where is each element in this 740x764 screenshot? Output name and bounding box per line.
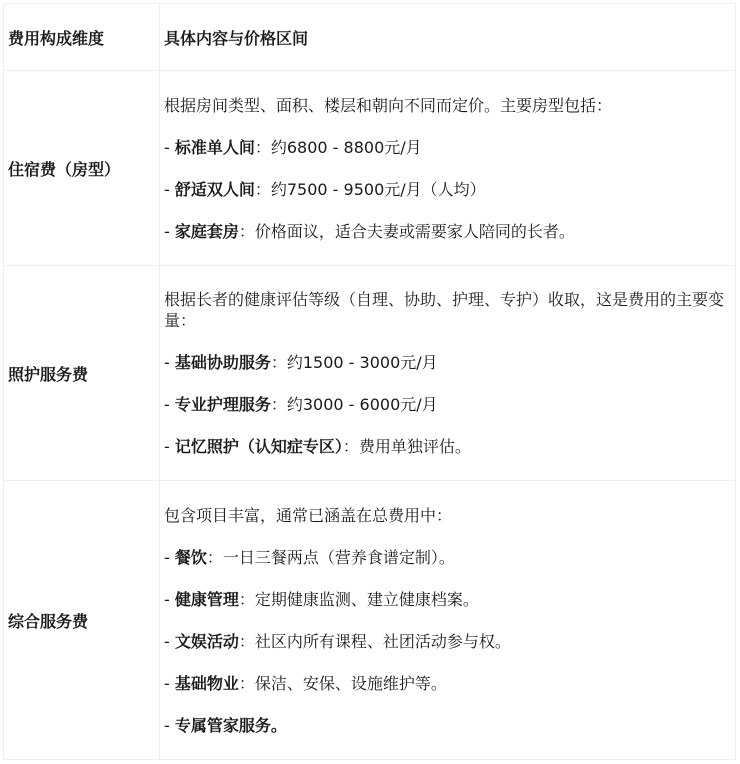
row-dimension: 住宿费（房型） [4, 71, 160, 266]
list-item: - 基础物业：保洁、安保、设施维护等。 [164, 673, 731, 694]
list-item: - 健康管理：定期健康监测、建立健康档案。 [164, 589, 731, 610]
row-intro: 根据房间类型、面积、楼层和朝向不同而定价。主要房型包括： [164, 95, 731, 116]
row-description: 包含项目丰富，通常已涵盖在总费用中： - 餐饮：一日三餐两点（营养食谱定制）。 … [160, 481, 736, 760]
list-item: - 舒适双人间：约7500 - 9500元/月（人均） [164, 179, 731, 200]
row-dimension: 综合服务费 [4, 481, 160, 760]
bullet: - [164, 138, 175, 157]
list-item: - 家庭套房：价格面议，适合夫妻或需要家人陪同的长者。 [164, 221, 731, 242]
item-text: ：定期健康监测、建立健康档案。 [239, 590, 479, 609]
bullet: - [164, 548, 175, 567]
item-text: ：费用单独评估。 [343, 437, 471, 456]
header-content: 具体内容与价格区间 [160, 4, 736, 71]
row-dimension: 照护服务费 [4, 266, 160, 481]
item-text: ：价格面议，适合夫妻或需要家人陪同的长者。 [239, 222, 575, 241]
list-item: - 文娱活动：社区内所有课程、社团活动参与权。 [164, 631, 731, 652]
item-text: ：约6800 - 8800元/月 [255, 138, 422, 157]
bullet: - [164, 632, 175, 651]
list-item: - 记忆照护（认知症专区）：费用单独评估。 [164, 436, 731, 457]
item-label: 舒适双人间 [175, 180, 255, 199]
bullet: - [164, 353, 175, 372]
item-text: ：保洁、安保、设施维护等。 [239, 674, 447, 693]
item-text: ：约7500 - 9500元/月（人均） [255, 180, 486, 199]
bullet: - [164, 180, 175, 199]
item-label: 健康管理 [175, 590, 239, 609]
table-row: 综合服务费 包含项目丰富，通常已涵盖在总费用中： - 餐饮：一日三餐两点（营养食… [4, 481, 736, 760]
item-label: 家庭套房 [175, 222, 239, 241]
bullet: - [164, 590, 175, 609]
table-row: 住宿费（房型） 根据房间类型、面积、楼层和朝向不同而定价。主要房型包括： - 标… [4, 71, 736, 266]
item-label: 专属管家服务。 [175, 716, 287, 735]
row-description: 根据房间类型、面积、楼层和朝向不同而定价。主要房型包括： - 标准单人间：约68… [160, 71, 736, 266]
item-text: ：社区内所有课程、社团活动参与权。 [239, 632, 511, 651]
item-text: ：约1500 - 3000元/月 [271, 353, 438, 372]
list-item: - 基础协助服务：约1500 - 3000元/月 [164, 352, 731, 373]
row-description: 根据长者的健康评估等级（自理、协助、护理、专护）收取，这是费用的主要变量： - … [160, 266, 736, 481]
bullet: - [164, 395, 175, 414]
fee-table: 费用构成维度 具体内容与价格区间 住宿费（房型） 根据房间类型、面积、楼层和朝向… [3, 3, 736, 760]
list-item: - 餐饮：一日三餐两点（营养食谱定制）。 [164, 547, 731, 568]
item-label: 专业护理服务 [175, 395, 271, 414]
item-label: 标准单人间 [175, 138, 255, 157]
table-header-row: 费用构成维度 具体内容与价格区间 [4, 4, 736, 71]
list-item: - 标准单人间：约6800 - 8800元/月 [164, 137, 731, 158]
item-label: 基础物业 [175, 674, 239, 693]
item-label: 餐饮 [175, 548, 207, 567]
row-intro: 包含项目丰富，通常已涵盖在总费用中： [164, 505, 731, 526]
item-text: ：约3000 - 6000元/月 [271, 395, 438, 414]
list-item: - 专业护理服务：约3000 - 6000元/月 [164, 394, 731, 415]
table-row: 照护服务费 根据长者的健康评估等级（自理、协助、护理、专护）收取，这是费用的主要… [4, 266, 736, 481]
bullet: - [164, 716, 175, 735]
item-label: 文娱活动 [175, 632, 239, 651]
item-text: ：一日三餐两点（营养食谱定制）。 [207, 548, 455, 567]
list-item: - 专属管家服务。 [164, 715, 731, 736]
bullet: - [164, 222, 175, 241]
bullet: - [164, 674, 175, 693]
bullet: - [164, 437, 175, 456]
header-dimension: 费用构成维度 [4, 4, 160, 71]
row-intro: 根据长者的健康评估等级（自理、协助、护理、专护）收取，这是费用的主要变量： [164, 289, 731, 331]
item-label: 记忆照护（认知症专区） [175, 437, 343, 456]
item-label: 基础协助服务 [175, 353, 271, 372]
